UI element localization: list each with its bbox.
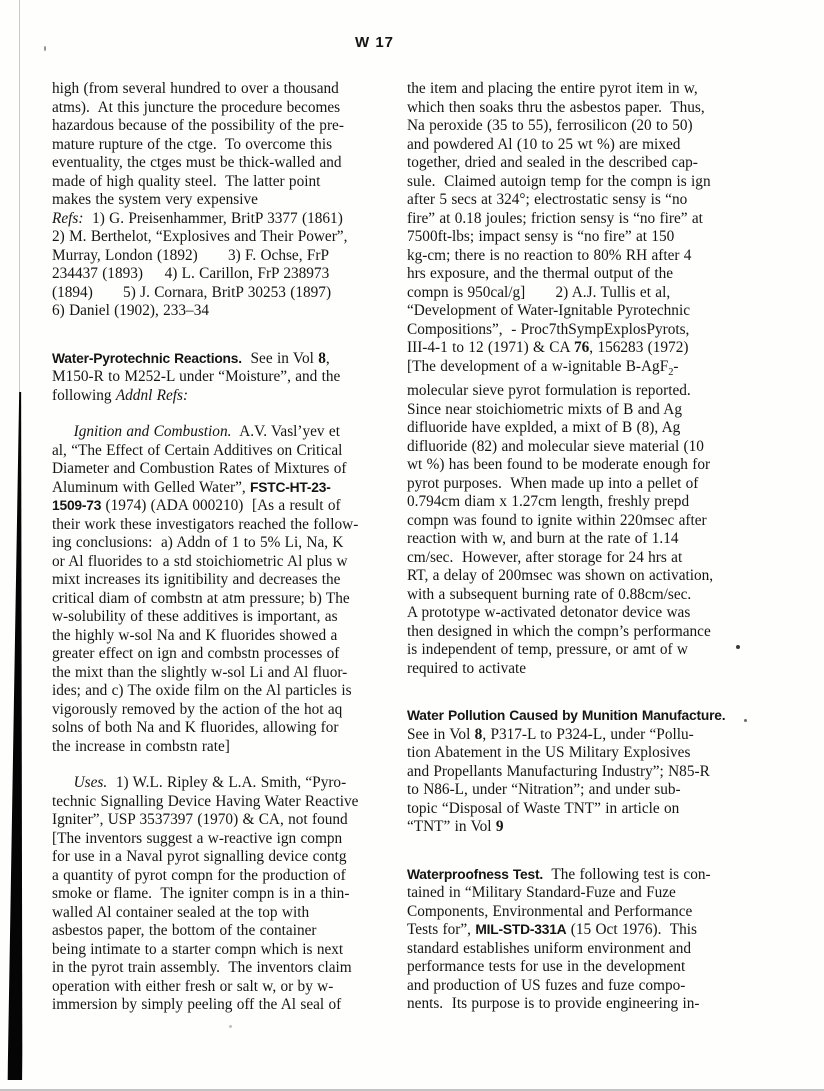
text-line: difluoride (82) and molecular sieve mate… [407,438,769,457]
text-segment: III-4-1 to 12 (1971) & CA [407,339,574,356]
text-line: wt %) has been found to be moderate enou… [407,456,769,475]
text-segment: vigorously removed by the action of the … [52,701,342,718]
text-line: pyrot purposes. When made up into a pell… [407,475,769,494]
text-segment: made of high quality steel. The latter p… [52,173,320,190]
text-segment: nents. Its purpose is to provide enginee… [407,995,699,1012]
text-line: kg-cm; there is no reaction to 80% RH af… [407,247,769,266]
text-line: being intimate to a starter compn which … [52,941,394,960]
text-segment: reaction with w, and burn at the rate of… [407,530,679,547]
text-segment: wt %) has been found to be moderate enou… [407,456,710,473]
text-line: and production of US fuzes and fuze comp… [407,977,769,996]
text-segment: and powdered Al (10 to 25 wt %) are mixe… [407,136,680,153]
text-line: tained in “Military Standard-Fuze and Fu… [407,884,769,903]
text-line: Waterproofness Test. The following test … [407,866,769,885]
text-line: critical diam of combstn at atm pressure… [52,590,394,609]
text-segment: the increase in combstn rate] [52,738,230,755]
text-segment: al, “The Effect of Certain Additives on … [52,442,342,459]
text-segment: smoke or flame. The igniter compn is in … [52,885,349,902]
text-line: [The inventors suggest a w-reactive ign … [52,830,394,849]
text-segment: A prototype w-activated detonator device… [407,604,690,621]
text-line: the mixt than the slightly w-sol Li and … [52,664,394,683]
text-segment: RT, a delay of 200msec was shown on acti… [407,567,713,584]
text-line: vigorously removed by the action of the … [52,701,394,720]
text-segment: Igniter”, USP 3537397 (1970) & CA, not f… [52,811,348,828]
text-line: and Propellants Manufacturing Industry”;… [407,763,769,782]
text-segment: operation with either fresh or salt w, o… [52,978,333,995]
text-line: or Al fluorides to a std stoichiometric … [52,553,394,572]
text-line: Since near stoichiometric mixts of B and… [407,401,769,420]
text-line: RT, a delay of 200msec was shown on acti… [407,567,769,586]
scan-speck [44,46,46,51]
text-line: standard establishes uniform environment… [407,940,769,959]
text-segment: being intimate to a starter compn which … [52,941,343,958]
text-segment: solns of both Na and K fluorides, allowi… [52,719,339,736]
text-segment: standard establishes uniform environment… [407,940,691,957]
text-segment: Na peroxide (35 to 55), ferrosilicon (20… [407,117,693,134]
text-line: (1894) 5) J. Cornara, BritP 30253 (1897) [52,284,394,303]
text-line: their work these investigators reached t… [52,516,394,535]
text-line: then designed in which the compn’s perfo… [407,623,769,642]
text-line: the item and placing the entire pyrot it… [407,80,769,99]
text-segment: See in Vol [407,726,475,743]
text-line: Compositions”, - Proc7thSympExplosPyrots… [407,321,769,340]
text-segment: 1) W.L. Ripley & L.A. Smith, “Pyro- [107,774,346,791]
text-line: compn is 950cal/g] 2) A.J. Tullis et al, [407,284,769,303]
text-segment-i: Uses. [74,774,108,791]
text-block-para: Ignition and Combustion. A.V. Vasl’yev e… [52,423,394,756]
text-segment: cm/sec. However, after storage for 24 hr… [407,549,682,566]
text-line: and powdered Al (10 to 25 wt %) are mixe… [407,136,769,155]
text-line: tion Abatement in the US Military Explos… [407,744,769,763]
text-line: Igniter”, USP 3537397 (1970) & CA, not f… [52,811,394,830]
scanned-document-page: W 17 high (from several hundred to over … [0,0,824,1091]
text-line: Tests for”, MIL-STD-331A (15 Oct 1976). … [407,921,769,940]
text-segment: difluoride (82) and molecular sieve mate… [407,438,704,455]
text-line: ides; and c) The oxide film on the Al pa… [52,682,394,701]
text-segment: difluoride have explded, a mixt of B (8)… [407,419,680,436]
text-line: See in Vol 8, P317-L to P324-L, under “P… [407,726,769,745]
text-segment: to N86-L, under “Nitration”; and under s… [407,781,681,798]
text-segment-i: Addnl Refs: [116,387,188,404]
text-segment: - [673,358,678,375]
text-segment-i: Refs: [52,210,83,227]
text-line: atms). At this juncture the procedure be… [52,99,394,118]
text-line: 6) Daniel (1902), 233–34 [52,302,394,321]
text-segment: which then soaks thru the asbestos paper… [407,99,705,116]
text-line: solns of both Na and K fluorides, allowi… [52,719,394,738]
text-segment: (1894) 5) J. Cornara, BritP 30253 (1897) [52,284,331,301]
text-segment: hazardous because of the possibility of … [52,117,344,134]
text-segment: together, dried and sealed in the descri… [407,154,698,171]
text-line: the highly w-sol Na and K fluorides show… [52,627,394,646]
text-line: “TNT” in Vol 9 [407,818,769,837]
text-line: Uses. 1) W.L. Ripley & L.A. Smith, “Pyro… [52,774,394,793]
text-segment: , 156283 (1972) [589,339,688,356]
text-block-continuation: the item and placing the entire pyrot it… [407,80,769,678]
text-segment: performance tests for use in the develop… [407,958,685,975]
text-segment-bs: MIL-STD-331A [475,922,566,937]
text-segment: then designed in which the compn’s perfo… [407,623,711,640]
text-segment: a quantity of pyrot compn for the produc… [52,867,346,884]
text-segment: molecular sieve pyrot formulation is rep… [407,382,691,399]
text-segment: kg-cm; there is no reaction to 80% RH af… [407,247,691,264]
text-line: A prototype w-activated detonator device… [407,604,769,623]
text-segment: Compositions”, - Proc7thSympExplosPyrots… [407,321,689,338]
text-segment: 0.794cm diam x 1.27cm length, freshly pr… [407,493,689,510]
text-segment: tion Abatement in the US Military Explos… [407,744,690,761]
text-line: is independent of temp, pressure, or amt… [407,641,769,660]
text-line: nents. Its purpose is to provide enginee… [407,995,769,1014]
text-block-section: Water Pollution Caused by Munition Manuf… [407,707,769,837]
text-line: to N86-L, under “Nitration”; and under s… [407,781,769,800]
text-segment-bs: FSTC-HT-23- [250,480,331,495]
text-segment: compn was found to ignite within 220msec… [407,512,707,529]
text-segment: [The development of a w-ignitable B-AgF [407,358,668,375]
text-line: technic Signalling Device Having Water R… [52,793,394,812]
text-line: asbestos paper, the bottom of the contai… [52,922,394,941]
text-line: Components, Environmental and Performanc… [407,903,769,922]
text-line: compn was found to ignite within 220msec… [407,512,769,531]
text-segment: mature rupture of the ctge. To overcome … [52,136,332,153]
text-segment [52,774,74,791]
text-segment: 2) M. Berthelot, “Explosives and Their P… [52,228,347,245]
text-line: molecular sieve pyrot formulation is rep… [407,382,769,401]
text-line: greater effect on ign and combstn proces… [52,645,394,664]
text-segment: for use in a Naval pyrot signalling devi… [52,848,347,865]
text-line: made of high quality steel. The latter p… [52,173,394,192]
text-segment: fire” at 0.18 joules; friction sensy is … [407,210,703,227]
text-line: after 5 secs at 324°; electrostatic sens… [407,191,769,210]
text-line: cm/sec. However, after storage for 24 hr… [407,549,769,568]
text-segment: The following test is con- [543,866,711,883]
scan-artifact-left-wedge [0,392,24,1080]
text-segment: , P317-L to P324-L, under “Pollu- [482,726,693,743]
text-segment: or Al fluorides to a std stoichiometric … [52,553,348,570]
text-segment: and Propellants Manufacturing Industry”;… [407,763,710,780]
text-segment-b: 8 [318,350,326,367]
text-line: hrs exposure, and the thermal output of … [407,265,769,284]
text-line: eventuality, the ctges must be thick-wal… [52,154,394,173]
text-segment: Tests for”, [407,921,475,938]
text-line: Water-Pyrotechnic Reactions. See in Vol … [52,350,394,369]
text-segment: [The inventors suggest a w-reactive ign … [52,830,342,847]
text-line: required to activate [407,660,769,679]
text-segment: sule. Claimed autoign temp for the compn… [407,173,711,190]
text-segment: 7500ft-lbs; impact sensy is “no fire” at… [407,228,674,245]
text-segment: after 5 secs at 324°; electrostatic sens… [407,191,687,208]
text-segment: , [326,350,330,367]
text-line: Ignition and Combustion. A.V. Vasl’yev e… [52,423,394,442]
text-line: high (from several hundred to over a tho… [52,80,394,99]
text-line: mature rupture of the ctge. To overcome … [52,136,394,155]
text-line: 234437 (1893) 4) L. Carillon, FrP 238973 [52,265,394,284]
scan-speck [229,1025,232,1028]
text-line: “Development of Water-Ignitable Pyrotech… [407,302,769,321]
text-segment-b: 9 [496,818,504,835]
text-line: ing conclusions: a) Addn of 1 to 5% Li, … [52,534,394,553]
scan-speck [736,645,740,649]
text-line: Aluminum with Gelled Water”, FSTC-HT-23- [52,479,394,498]
text-segment: makes the system very expensive [52,191,258,208]
text-line: smoke or flame. The igniter compn is in … [52,885,394,904]
text-segment: ing conclusions: a) Addn of 1 to 5% Li, … [52,534,343,551]
text-segment: critical diam of combstn at atm pressure… [52,590,350,607]
text-segment: greater effect on ign and combstn proces… [52,645,339,662]
text-line: mixt increases its ignitibility and decr… [52,571,394,590]
text-line: in the pyrot train assembly. The invento… [52,959,394,978]
text-segment: Murray, London (1892) 3) F. Ochse, FrP [52,247,329,264]
text-segment: asbestos paper, the bottom of the contai… [52,922,316,939]
text-segment-bs: Waterproofness Test. [407,867,543,882]
text-segment: with a subsequent burning rate of 0.88cm… [407,586,691,603]
right-text-column: the item and placing the entire pyrot it… [407,80,769,1014]
page-number-header: W 17 [355,34,394,51]
text-line: w-solubility of these additives is impor… [52,608,394,627]
text-segment: Since near stoichiometric mixts of B and… [407,401,682,418]
scan-artifact-edge-line [19,0,20,395]
text-segment: their work these investigators reached t… [52,516,358,533]
text-line: fire” at 0.18 joules; friction sensy is … [407,210,769,229]
text-segment: “Development of Water-Ignitable Pyrotech… [407,302,690,319]
text-line: 7500ft-lbs; impact sensy is “no fire” at… [407,228,769,247]
text-line: [The development of a w-ignitable B-AgF2… [407,358,769,383]
text-line: 1509-73 (1974) (ADA 000210) [As a result… [52,497,394,516]
text-segment: topic “Disposal of Waste TNT” in article… [407,800,679,817]
text-segment: Aluminum with Gelled Water”, [52,479,250,496]
text-segment: in the pyrot train assembly. The invento… [52,959,352,976]
text-block-section: Waterproofness Test. The following test … [407,866,769,1014]
text-segment-bs: 1509-73 [52,498,101,513]
text-segment: is independent of temp, pressure, or amt… [407,641,688,658]
text-line: the increase in combstn rate] [52,738,394,757]
text-line: immersion by simply peeling off the Al s… [52,996,394,1015]
text-line: operation with either fresh or salt w, o… [52,978,394,997]
text-segment: the item and placing the entire pyrot it… [407,80,698,97]
text-line: topic “Disposal of Waste TNT” in article… [407,800,769,819]
text-line: M150-R to M252-L under “Moisture”, and t… [52,368,394,387]
text-segment: w-solubility of these additives is impor… [52,608,338,625]
text-line: Water Pollution Caused by Munition Manuf… [407,707,769,726]
text-segment: ides; and c) The oxide film on the Al pa… [52,682,352,699]
text-line: Murray, London (1892) 3) F. Ochse, FrP [52,247,394,266]
text-segment: tained in “Military Standard-Fuze and Fu… [407,884,676,901]
text-segment: compn is 950cal/g] 2) A.J. Tullis et al, [407,284,670,301]
text-segment: A.V. Vasl’yev et [231,423,340,440]
text-line: for use in a Naval pyrot signalling devi… [52,848,394,867]
text-segment: eventuality, the ctges must be thick-wal… [52,154,342,171]
text-segment: atms). At this juncture the procedure be… [52,99,340,116]
text-line: sule. Claimed autoign temp for the compn… [407,173,769,192]
text-segment: following [52,387,116,404]
text-line: following Addnl Refs: [52,387,394,406]
text-line: performance tests for use in the develop… [407,958,769,977]
text-line: 2) M. Berthelot, “Explosives and Their P… [52,228,394,247]
text-segment: See in Vol [242,350,318,367]
text-line: a quantity of pyrot compn for the produc… [52,867,394,886]
text-segment-b: 76 [574,339,589,356]
text-segment: immersion by simply peeling off the Al s… [52,996,341,1013]
text-segment: hrs exposure, and the thermal output of … [407,265,673,282]
text-segment: and production of US fuzes and fuze comp… [407,977,685,994]
text-segment: Components, Environmental and Performanc… [407,903,692,920]
text-segment: the mixt than the slightly w-sol Li and … [52,664,347,681]
text-block-continuation: high (from several hundred to over a tho… [52,80,394,321]
text-segment: (1974) (ADA 000210) [As a result of [101,497,340,514]
text-segment: 1) G. Preisenhammer, BritP 3377 (1861) [83,210,342,227]
text-segment: M150-R to M252-L under “Moisture”, and t… [52,368,340,385]
text-segment-bs: Water-Pyrotechnic Reactions. [52,351,242,366]
text-line: al, “The Effect of Certain Additives on … [52,442,394,461]
text-segment: the highly w-sol Na and K fluorides show… [52,627,337,644]
text-line: hazardous because of the possibility of … [52,117,394,136]
text-line: which then soaks thru the asbestos paper… [407,99,769,118]
text-line: reaction with w, and burn at the rate of… [407,530,769,549]
text-line: 0.794cm diam x 1.27cm length, freshly pr… [407,493,769,512]
text-line: walled Al container sealed at the top wi… [52,904,394,923]
text-segment: (15 Oct 1976). This [566,921,697,938]
text-line: makes the system very expensive [52,191,394,210]
text-segment: walled Al container sealed at the top wi… [52,904,309,921]
text-segment: mixt increases its ignitibility and decr… [52,571,340,588]
text-segment: required to activate [407,660,526,677]
text-segment: high (from several hundred to over a tho… [52,80,339,97]
text-block-section: Water-Pyrotechnic Reactions. See in Vol … [52,350,394,406]
text-segment-i: Ignition and Combustion. [74,423,232,440]
text-segment [52,423,74,440]
text-segment: Diameter and Combustion Rates of Mixture… [52,460,346,477]
text-line: with a subsequent burning rate of 0.88cm… [407,586,769,605]
text-segment: 6) Daniel (1902), 233–34 [52,302,209,319]
text-line: III-4-1 to 12 (1971) & CA 76, 156283 (19… [407,339,769,358]
text-line: Refs: 1) G. Preisenhammer, BritP 3377 (1… [52,210,394,229]
text-line: Na peroxide (35 to 55), ferrosilicon (20… [407,117,769,136]
text-segment: technic Signalling Device Having Water R… [52,793,358,810]
scan-speck [744,719,747,722]
text-block-para: Uses. 1) W.L. Ripley & L.A. Smith, “Pyro… [52,774,394,1015]
text-line: together, dried and sealed in the descri… [407,154,769,173]
text-line: difluoride have explded, a mixt of B (8)… [407,419,769,438]
left-text-column: high (from several hundred to over a tho… [52,80,394,1015]
text-segment: pyrot purposes. When made up into a pell… [407,475,698,492]
text-segment: “TNT” in Vol [407,818,496,835]
text-segment: 234437 (1893) 4) L. Carillon, FrP 238973 [52,265,329,282]
text-segment-bs: Water Pollution Caused by Munition Manuf… [407,708,725,723]
text-line: Diameter and Combustion Rates of Mixture… [52,460,394,479]
